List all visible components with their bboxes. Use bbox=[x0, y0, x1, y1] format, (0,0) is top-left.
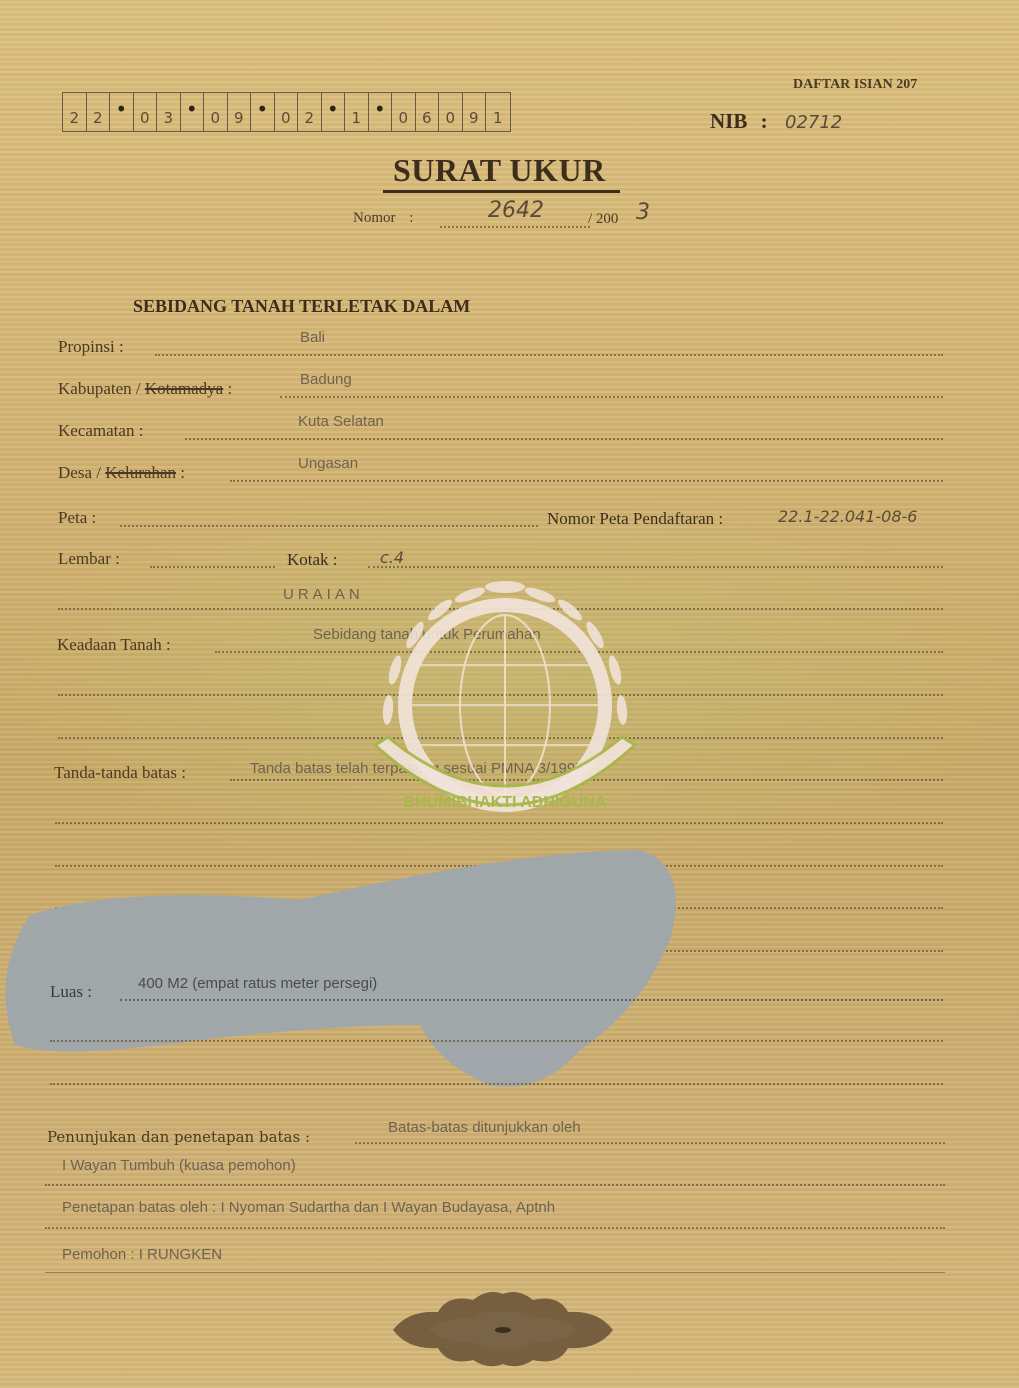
penetapan-value-1: Batas-batas ditunjukkan oleh bbox=[388, 1119, 581, 1136]
peta-dots bbox=[120, 525, 538, 527]
location-field-separator: : bbox=[115, 337, 124, 356]
redaction-blob bbox=[0, 845, 700, 1095]
tanda-label: Tanda-tanda batas : bbox=[54, 763, 186, 783]
keadaan-label: Keadaan Tanah : bbox=[57, 635, 171, 655]
lembar-label: Lembar : bbox=[58, 549, 120, 569]
nomor-peta-value: 22.1-22.041-08-6 bbox=[778, 507, 917, 526]
nib-value: 02712 bbox=[785, 112, 842, 133]
location-field-value: Bali bbox=[300, 329, 325, 346]
nib-label-text: NIB bbox=[710, 109, 747, 133]
year-suffix: 3 bbox=[636, 200, 650, 225]
penetapan-oleh: Penetapan batas oleh : I Nyoman Sudartha… bbox=[62, 1199, 555, 1216]
lembar-dots bbox=[150, 566, 275, 568]
tanda-label-text: Tanda-tanda batas bbox=[54, 763, 177, 782]
lembar-label-text: Lembar bbox=[58, 549, 111, 568]
security-rosette bbox=[388, 1288, 618, 1370]
parcel-number-cell: • bbox=[110, 93, 134, 131]
location-field-separator: : bbox=[134, 421, 143, 440]
parcel-number-cell: 3 bbox=[157, 93, 181, 131]
luas-dots bbox=[120, 999, 943, 1001]
bpn-seal-watermark: BHUMIBHAKTI ADHIGUNA bbox=[360, 565, 650, 835]
parcel-number-cell: 6 bbox=[416, 93, 440, 131]
luas-value: 400 M2 (empat ratus meter persegi) bbox=[138, 975, 377, 992]
form-code: DAFTAR ISIAN 207 bbox=[793, 77, 917, 93]
nomor-label-text: Nomor bbox=[353, 210, 396, 226]
location-field-separator: : bbox=[176, 463, 185, 482]
kotak-label-text: Kotak bbox=[287, 550, 329, 569]
parcel-number-cell: • bbox=[251, 93, 275, 131]
nomor-peta-label-text: Nomor Peta Pendaftaran bbox=[547, 509, 714, 528]
location-field-value: Kuta Selatan bbox=[298, 413, 384, 430]
parcel-number-cell: 2 bbox=[63, 93, 87, 131]
penetapan-value-2: I Wayan Tumbuh (kuasa pemohon) bbox=[62, 1157, 296, 1174]
keadaan-label-text: Keadaan Tanah bbox=[57, 635, 162, 654]
location-field-separator: : bbox=[223, 379, 232, 398]
penetapan-dots bbox=[355, 1142, 945, 1144]
location-field-label: Propinsi : bbox=[58, 337, 124, 357]
luas-label-text: Luas bbox=[50, 982, 83, 1001]
year-prefix: / 200 bbox=[588, 211, 618, 228]
parcel-number-cell: • bbox=[181, 93, 205, 131]
blank-line-7 bbox=[50, 1040, 943, 1042]
parcel-number-cell: 0 bbox=[275, 93, 299, 131]
seal-motto: BHUMIBHAKTI ADHIGUNA bbox=[404, 794, 607, 811]
parcel-number-cell: • bbox=[369, 93, 393, 131]
location-field-label-text: Kecamatan bbox=[58, 421, 134, 440]
parcel-number-cell: 0 bbox=[204, 93, 228, 131]
parcel-number-cell: 1 bbox=[345, 93, 369, 131]
location-field-value: Badung bbox=[300, 371, 352, 388]
bottom-rule bbox=[45, 1272, 945, 1273]
parcel-number-cell: 0 bbox=[392, 93, 416, 131]
penetapan-label: Penunjukan dan penetapan batas : bbox=[47, 1128, 310, 1146]
peta-label: Peta : bbox=[58, 508, 96, 528]
nomor-label: Nomor : bbox=[353, 210, 413, 227]
nib-label: NIB : bbox=[710, 109, 768, 134]
location-field-label: Kabupaten / Kotamadya : bbox=[58, 379, 232, 399]
peta-label-text: Peta bbox=[58, 508, 87, 527]
location-field-label-text: Kabupaten / bbox=[58, 379, 145, 398]
location-field-dots bbox=[280, 396, 943, 398]
parcel-number-cell: 9 bbox=[463, 93, 487, 131]
luas-label: Luas : bbox=[50, 982, 92, 1002]
document-title: SURAT UKUR bbox=[393, 152, 606, 189]
parcel-number-cell: 0 bbox=[134, 93, 158, 131]
location-heading: SEBIDANG TANAH TERLETAK DALAM bbox=[133, 296, 470, 317]
parcel-number-cell: • bbox=[322, 93, 346, 131]
location-field-struck-text: Kelurahan bbox=[105, 463, 176, 482]
kotak-label: Kotak : bbox=[287, 550, 338, 570]
nomor-dots bbox=[440, 226, 590, 228]
location-field-struck-text: Kotamadya bbox=[145, 379, 223, 398]
location-field-label: Kecamatan : bbox=[58, 421, 143, 441]
penetapan-label-text: Penunjukan dan penetapan batas bbox=[47, 1128, 300, 1146]
location-field-label-text: Desa / bbox=[58, 463, 105, 482]
nib-separator: : bbox=[761, 109, 768, 133]
nomor-peta-label: Nomor Peta Pendaftaran : bbox=[547, 509, 723, 529]
blank-line-10 bbox=[45, 1227, 945, 1229]
location-field-dots bbox=[155, 354, 943, 356]
parcel-number-cell: 1 bbox=[486, 93, 510, 131]
parcel-number-cell: 2 bbox=[87, 93, 111, 131]
parcel-number-cell: 0 bbox=[439, 93, 463, 131]
location-field-label: Desa / Kelurahan : bbox=[58, 463, 185, 483]
parcel-number-boxes: 22•03•09•02•1•06091 bbox=[62, 92, 511, 132]
parcel-number-cell: 9 bbox=[228, 93, 252, 131]
location-field-dots bbox=[185, 438, 943, 440]
nomor-separator: : bbox=[409, 210, 413, 226]
title-underline bbox=[383, 190, 620, 193]
blank-line-8 bbox=[50, 1083, 943, 1085]
blank-line-9 bbox=[45, 1184, 945, 1186]
nomor-value: 2642 bbox=[488, 198, 544, 223]
location-field-value: Ungasan bbox=[298, 455, 358, 472]
pemohon-line: Pemohon : I RUNGKEN bbox=[62, 1246, 222, 1263]
parcel-number-cell: 2 bbox=[298, 93, 322, 131]
uraian-heading: URAIAN bbox=[283, 586, 364, 603]
location-field-label-text: Propinsi bbox=[58, 337, 115, 356]
location-field-dots bbox=[230, 480, 943, 482]
